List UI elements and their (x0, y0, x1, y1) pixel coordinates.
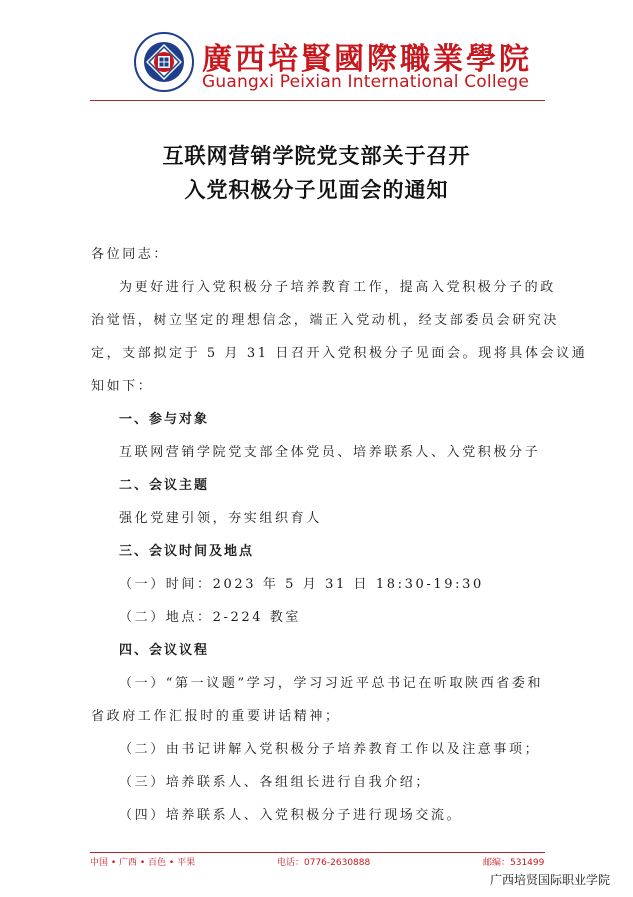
college-name-english: Guangxi Peixian International College (202, 72, 529, 92)
agenda-item: （一）“第一议题”学习，学习习近平总书记在听取陕西省委和 (91, 667, 546, 700)
intro-line: 知如下： (91, 370, 546, 403)
salutation: 各位同志： (91, 238, 546, 271)
agenda-item-continued: 省政府工作汇报时的重要讲话精神； (91, 700, 546, 733)
agenda-item: （三）培养联系人、各组组长进行自我介绍； (91, 766, 546, 799)
section-text: 互联网营销学院党支部全体党员、培养联系人、入党积极分子 (91, 436, 546, 469)
footer-divider (90, 852, 545, 853)
meeting-location: （二）地点：2-224 教室 (91, 601, 546, 634)
footer-postcode: 邮编：531499 (483, 855, 544, 868)
intro-line: 为更好进行入党积极分子培养教育工作，提高入党积极分子的政 (91, 271, 546, 304)
agenda-item: （四）培养联系人、入党积极分子进行现场交流。 (91, 799, 546, 832)
section-heading-time-place: 三、会议时间及地点 (91, 535, 546, 568)
document-body: 各位同志： 为更好进行入党积极分子培养教育工作，提高入党积极分子的政 治觉悟，树… (91, 238, 546, 832)
section-heading-theme: 二、会议主题 (91, 469, 546, 502)
header-divider (90, 100, 545, 101)
source-caption: 广西培贤国际职业学院 (490, 871, 610, 888)
intro-line: 治觉悟，树立坚定的理想信念，端正入党动机，经支部委员会研究决 (91, 304, 546, 337)
intro-line: 定，支部拟定于 5 月 31 日召开入党积极分子见面会。现将具体会议通 (91, 337, 546, 370)
title-line-1: 互联网营销学院党支部关于召开 (0, 139, 633, 173)
letterhead: 廣西培賢國際職業學院 Guangxi Peixian International… (90, 28, 545, 100)
title-line-2: 入党积极分子见面会的通知 (0, 173, 633, 207)
document-title: 互联网营销学院党支部关于召开 入党积极分子见面会的通知 (0, 139, 633, 207)
footer-phone: 电话：0776-2630888 (277, 855, 370, 868)
meeting-time: （一）时间：2023 年 5 月 31 日 18:30-19:30 (91, 568, 546, 601)
section-heading-participants: 一、参与对象 (91, 403, 546, 436)
footer-location: 中国 • 广西 • 百色 • 平果 (90, 855, 195, 868)
college-seal-icon (134, 32, 194, 92)
section-heading-agenda: 四、会议议程 (91, 634, 546, 667)
section-text: 强化党建引领，夯实组织育人 (91, 502, 546, 535)
agenda-item: （二）由书记讲解入党积极分子培养教育工作以及注意事项； (91, 733, 546, 766)
